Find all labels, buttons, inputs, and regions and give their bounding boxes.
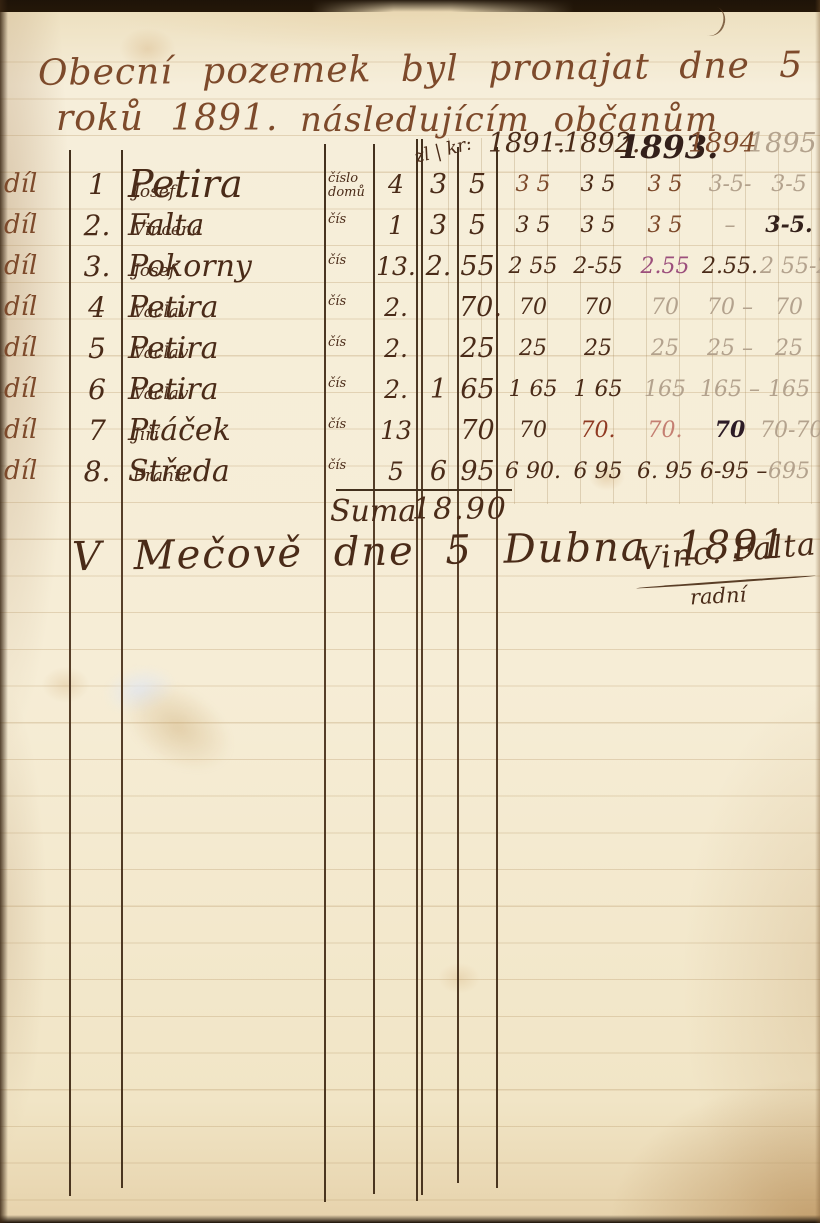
- year-amount: 2 55: [500, 246, 566, 287]
- house-number-label: číslo domů: [328, 164, 373, 199]
- year-amount: 25 –: [700, 328, 760, 369]
- year-amount: 25: [500, 328, 566, 369]
- dil-label: díl: [4, 410, 66, 451]
- tenant-surname: Falta: [128, 205, 204, 246]
- year-amount: 3-5.: [760, 205, 818, 246]
- year-amount: 70: [630, 287, 700, 328]
- dil-label: díl: [4, 246, 66, 287]
- row-number: 5: [74, 328, 120, 369]
- house-number-label: čís: [328, 369, 373, 391]
- year-amount: 3 5: [630, 164, 700, 205]
- tenant-surname: Petira: [128, 287, 218, 328]
- row-number: 3.: [74, 246, 120, 287]
- house-number: 5: [376, 451, 416, 492]
- table-row: díl8.StředaFranti.čís56956 90.6 956. 956…: [0, 451, 820, 492]
- table-row: díl4PetiraVáclavčís2.70.70707070 –70: [0, 287, 820, 328]
- amount-kr: 70: [459, 410, 496, 451]
- house-number: 2.: [376, 287, 416, 328]
- year-amount: 2 55-2-55: [760, 246, 818, 287]
- tenant-surname: Pokorny: [128, 246, 252, 287]
- year-amounts: 25252525 –25: [500, 328, 818, 369]
- year-amount: 3 5: [566, 164, 630, 205]
- table-row: díl2.FaltaVincencčís1353 53 53 5–3-5.: [0, 205, 820, 246]
- house-number: 13.: [376, 246, 416, 287]
- amount-zl: 6: [420, 451, 457, 492]
- year-amount: 70-70: [760, 410, 818, 451]
- tenant-surname: Ptáček: [128, 410, 231, 451]
- house-number: 13: [376, 410, 416, 451]
- year-amount: 6 95: [566, 451, 630, 492]
- dil-label: díl: [4, 369, 66, 410]
- tenant-name: PetiraVáclav: [128, 328, 328, 374]
- year-amount: 3 5: [566, 205, 630, 246]
- table-row: díl3.PokornyJosef.čís13.2.552 552-552.55…: [0, 246, 820, 287]
- house-number-label: čís: [328, 205, 373, 227]
- year-amount: 3 5: [500, 164, 566, 205]
- year-amounts: 6 90.6 956. 956-95 –695: [500, 451, 818, 492]
- suma-label: Suma: [330, 494, 416, 529]
- year-amount: 6-95 –: [700, 451, 760, 492]
- tenant-name: PetiraVáclav: [128, 369, 328, 415]
- signature-title: radní: [689, 583, 746, 610]
- year-amount: 165 –: [700, 369, 760, 410]
- year-amount: 3 5: [500, 205, 566, 246]
- tenant-surname: Petira: [128, 164, 243, 205]
- house-number-label: čís: [328, 410, 373, 432]
- year-amount: 695: [760, 451, 818, 492]
- tenant-surname: Petira: [128, 369, 218, 410]
- amount-zl: 3: [420, 164, 457, 205]
- year-amount: 25: [630, 328, 700, 369]
- year-amount: 6 90.: [500, 451, 566, 492]
- year-amount: 25: [760, 328, 818, 369]
- tenant-name: StředaFranti.: [128, 451, 328, 497]
- year-amount: –: [700, 205, 760, 246]
- table-row: díl6PetiraVáclavčís2.1651 651 65165165 –…: [0, 369, 820, 410]
- dil-label: díl: [4, 205, 66, 246]
- house-number-label: čís: [328, 287, 373, 309]
- row-number: 8.: [74, 451, 120, 492]
- year-header: -1892.: [554, 128, 618, 166]
- year-amounts: 70707070 –70: [500, 287, 818, 328]
- year-amount: 25: [566, 328, 630, 369]
- year-amount: 70: [500, 410, 566, 451]
- year-amount: 70: [760, 287, 818, 328]
- table-row: díl7PtáčekJiříčís13707070.70.7070-70: [0, 410, 820, 451]
- house-number-label: čís: [328, 328, 373, 350]
- year-amounts: 3 53 53 53-5-3-5: [500, 164, 818, 205]
- suma-value: 18.90: [412, 492, 502, 527]
- dil-label: díl: [4, 287, 66, 328]
- heading-line-1: Obecní pozemek byl pronajat dne 5 Dubna: [38, 43, 820, 94]
- row-number: 2.: [74, 205, 120, 246]
- amount-kr: 5: [459, 164, 496, 205]
- year-amount: 6. 95: [630, 451, 700, 492]
- year-amounts: 7070.70.7070-70: [500, 410, 818, 451]
- table-row: díl5PetiraVáclavčís2.2525252525 –25: [0, 328, 820, 369]
- tenant-surname: Středa: [128, 451, 230, 492]
- house-number: 4: [376, 164, 416, 205]
- dil-label: díl: [4, 451, 66, 492]
- year-amount: 165: [630, 369, 700, 410]
- year-amount: 70.: [566, 410, 630, 451]
- dil-label: díl: [4, 164, 66, 205]
- year-header: 1894: [688, 128, 748, 166]
- year-header-row: 1891.-1892.1893.18941895: [488, 128, 820, 166]
- dil-label: díl: [4, 328, 66, 369]
- year-amounts: 2 552-552.552.55.2 55-2-55: [500, 246, 818, 287]
- year-amount: 1 65: [566, 369, 630, 410]
- heading-line-2-year: roků 1891.: [56, 98, 278, 139]
- year-amount: 70 –: [700, 287, 760, 328]
- year-header: 1895: [748, 128, 806, 166]
- house-number: 2.: [376, 369, 416, 410]
- tenant-name: PokornyJosef.: [128, 246, 328, 292]
- amount-kr: 5: [459, 205, 496, 246]
- row-number: 4: [74, 287, 120, 328]
- house-number-label: čís: [328, 246, 373, 268]
- year-amount: 2-55: [566, 246, 630, 287]
- year-amount: 70: [500, 287, 566, 328]
- page-bottom-edge: [0, 1215, 820, 1223]
- amount-kr: 95: [459, 451, 496, 492]
- year-amount: 70.: [630, 410, 700, 451]
- amount-kr: 70.: [459, 287, 496, 328]
- tenant-name: PetiraVáclav: [128, 287, 328, 333]
- tenant-surname: Petira: [128, 328, 218, 369]
- table-row: díl1PetiraJosef.číslo domů4353 53 53 53-…: [0, 164, 820, 205]
- year-amount: 165: [760, 369, 818, 410]
- year-amount: 1 65: [500, 369, 566, 410]
- row-number: 7: [74, 410, 120, 451]
- tenant-name: PtáčekJiří: [128, 410, 328, 456]
- year-amount: 2.55: [630, 246, 700, 287]
- year-header: 1891.: [488, 128, 554, 166]
- suma-rule: [336, 489, 512, 491]
- amount-zl: 2.: [420, 246, 457, 287]
- amount-zl: 1: [420, 369, 457, 410]
- amount-kr: 25: [459, 328, 496, 369]
- house-number: 2.: [376, 328, 416, 369]
- year-amount: 70: [700, 410, 760, 451]
- ledger-page: Obecní pozemek byl pronajat dne 5 Dubna …: [0, 0, 820, 1223]
- year-amounts: 1 651 65165165 –165: [500, 369, 818, 410]
- year-amounts: 3 53 53 5–3-5.: [500, 205, 818, 246]
- year-header: 1893.: [618, 128, 688, 166]
- row-number: 1: [74, 164, 120, 205]
- amount-kr: 65: [459, 369, 496, 410]
- year-amount: 3-5: [760, 164, 818, 205]
- page-top-edge: [0, 0, 820, 12]
- year-amount: 3-5-: [700, 164, 760, 205]
- tenant-name: FaltaVincenc: [128, 205, 328, 251]
- year-amount: 3 5: [630, 205, 700, 246]
- amount-zl: 3: [420, 205, 457, 246]
- house-number: 1: [376, 205, 416, 246]
- row-number: 6: [74, 369, 120, 410]
- amount-kr: 55: [459, 246, 496, 287]
- year-amount: 2.55.: [700, 246, 760, 287]
- year-amount: 70: [566, 287, 630, 328]
- house-number-label: čís: [328, 451, 373, 473]
